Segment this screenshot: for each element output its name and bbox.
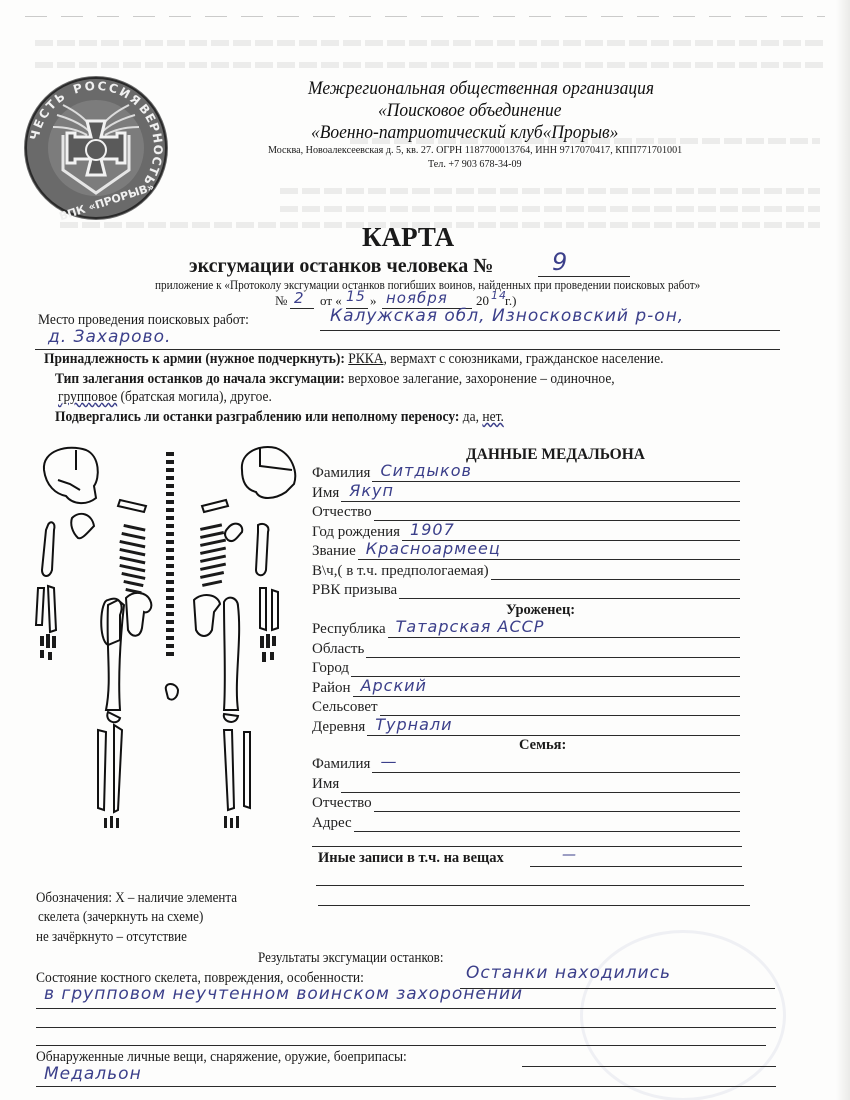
protocol-ref: № bbox=[275, 293, 287, 309]
field-label: Область bbox=[312, 641, 364, 658]
other-records-line[interactable] bbox=[530, 866, 742, 867]
scan-edge-shadow bbox=[836, 0, 850, 1100]
condition-value-2: в групповом неучтенном воинском захороне… bbox=[44, 984, 523, 1004]
bleed-through-text bbox=[35, 40, 825, 46]
search-place-value-1: Калужская обл, Износковский р-он, bbox=[330, 306, 684, 326]
skeleton-diagram-icon[interactable] bbox=[28, 440, 308, 830]
org-name-line3: «Военно-патриотический клуб«Прорыв» bbox=[311, 122, 618, 144]
field-value: — bbox=[380, 752, 397, 771]
burial-option-group[interactable]: групповое bbox=[58, 389, 117, 405]
cross-medal-emblem-icon: ЧЕСТЬ РОССИЯ ВЕРНОСТЬ ВПК «ПРОРЫВ» bbox=[23, 75, 169, 221]
field-label: РВК призыва bbox=[312, 582, 397, 599]
page-edge-marks bbox=[25, 16, 825, 17]
field-label: Звание bbox=[312, 543, 356, 560]
field-label: Город bbox=[312, 660, 349, 677]
field-label: Район bbox=[312, 680, 351, 697]
field-label: Сельсовет bbox=[312, 699, 378, 716]
field-value: 1907 bbox=[410, 520, 455, 539]
looted-label: Подвергались ли останки разграблению или… bbox=[55, 409, 459, 425]
protocol-number: 2 bbox=[294, 289, 305, 307]
field-input-line[interactable] bbox=[491, 579, 740, 580]
legend-line-1: Обозначения: Х – наличие элемента bbox=[36, 890, 237, 907]
field-value: Турнали bbox=[375, 715, 452, 734]
field-label: Адрес bbox=[312, 815, 352, 832]
field-input-line[interactable] bbox=[366, 657, 740, 658]
looted-row: Подвергались ли останки разграблению или… bbox=[55, 409, 504, 426]
field-input-line[interactable] bbox=[341, 501, 740, 502]
protocol-no-line bbox=[290, 308, 314, 309]
field-input-line[interactable] bbox=[372, 481, 740, 482]
army-label: Принадлежность к армии (нужное подчеркну… bbox=[44, 351, 345, 367]
burial-options-line2[interactable]: (братская могила), другое. bbox=[121, 389, 272, 405]
results-heading: Результаты эксгумации останков: bbox=[258, 950, 443, 967]
other-records-value: — bbox=[562, 847, 577, 863]
field-label: Фамилия bbox=[312, 756, 370, 773]
bleed-through-text bbox=[35, 62, 825, 68]
org-name-line1: Межрегиональная общественная организация bbox=[308, 78, 654, 100]
condition-line-4[interactable] bbox=[36, 1045, 766, 1046]
field-input-line[interactable] bbox=[358, 559, 740, 560]
medallion-heading: ДАННЫЕ МЕДАЛЬОНА bbox=[466, 446, 645, 464]
subtitle-text: эксгумации останков человека № bbox=[189, 255, 493, 277]
document-subtitle: эксгумации останков человека № bbox=[189, 255, 493, 278]
org-name-line2: «Поисковое объединение bbox=[378, 100, 562, 122]
bleed-through-text bbox=[280, 206, 820, 212]
field-label: В\ч,( в т.ч. предпологаемая) bbox=[312, 563, 489, 580]
field-label: Отчество bbox=[312, 795, 372, 812]
army-row: Принадлежность к армии (нужное подчеркну… bbox=[44, 351, 663, 368]
search-place-line-1 bbox=[320, 330, 780, 331]
field-value: Красноармеец bbox=[366, 539, 501, 558]
items-line-1[interactable] bbox=[522, 1066, 776, 1067]
condition-value-1: Останки находились bbox=[466, 963, 671, 983]
field-value: Татарская АССР bbox=[396, 617, 545, 636]
burial-label: Тип залегания останков до начала эксгума… bbox=[55, 371, 345, 387]
items-line-2[interactable] bbox=[36, 1086, 776, 1087]
legend-line-3: не зачёркнуто – отсутствие bbox=[36, 929, 187, 946]
family-heading: Семья: bbox=[519, 737, 566, 754]
army-option-wehrmacht[interactable]: вермахт с союзниками bbox=[390, 351, 519, 367]
other-records-label: Иные записи в т.ч. на вещах bbox=[318, 850, 504, 867]
bleed-through-text bbox=[280, 188, 820, 194]
condition-line-2[interactable] bbox=[36, 1008, 776, 1009]
protocol-day: 15 bbox=[346, 289, 366, 305]
burial-options-line1[interactable]: верховое залегание, захоронение – одиноч… bbox=[348, 371, 615, 387]
field-value: Ситдыков bbox=[380, 461, 471, 480]
field-input-line[interactable] bbox=[399, 598, 740, 599]
org-phone: Тел. +7 903 678-34-09 bbox=[428, 158, 522, 170]
field-label: Отчество bbox=[312, 504, 372, 521]
field-label: Фамилия bbox=[312, 465, 370, 482]
protocol-month: ноября bbox=[386, 289, 448, 307]
army-option-rkka[interactable]: РККА bbox=[348, 351, 383, 367]
field-label: Республика bbox=[312, 621, 386, 638]
field-label: Имя bbox=[312, 485, 339, 502]
field-input-line[interactable] bbox=[367, 735, 740, 736]
other-records-line-3[interactable] bbox=[318, 905, 750, 906]
field-input-line[interactable] bbox=[374, 811, 740, 812]
field-input-line[interactable] bbox=[388, 637, 740, 638]
field-label: Год рождения bbox=[312, 524, 400, 541]
card-number-value: 9 bbox=[552, 248, 568, 276]
faint-stamp bbox=[580, 930, 786, 1100]
field-label: Деревня bbox=[312, 719, 365, 736]
address-extra-line bbox=[312, 846, 742, 847]
field-value: Якуп bbox=[349, 481, 394, 500]
army-option-civilian[interactable]: гражданское население. bbox=[526, 351, 664, 367]
card-number-line bbox=[538, 276, 630, 277]
burial-row: Тип залегания останков до начала эксгума… bbox=[55, 371, 615, 388]
document-title: КАРТА bbox=[362, 222, 454, 253]
condition-line-3[interactable] bbox=[36, 1027, 776, 1028]
looted-option-no[interactable]: нет. bbox=[482, 409, 503, 425]
field-input-line[interactable] bbox=[372, 772, 740, 773]
other-records-line-2[interactable] bbox=[316, 885, 744, 886]
items-value: Медальон bbox=[44, 1064, 142, 1084]
field-value: Арский bbox=[361, 676, 427, 695]
burial-row-2: групповое (братская могила), другое. bbox=[58, 389, 272, 406]
org-address: Москва, Новоалексеевская д. 5, кв. 27. О… bbox=[268, 144, 682, 156]
search-place-line-2 bbox=[35, 349, 780, 350]
looted-option-yes[interactable]: да, bbox=[463, 409, 479, 425]
field-input-line[interactable] bbox=[353, 696, 740, 697]
legend-line-2: скелета (зачеркнуть на схеме) bbox=[38, 909, 203, 926]
field-input-line[interactable] bbox=[354, 831, 740, 832]
field-input-line[interactable] bbox=[341, 792, 740, 793]
field-label: Имя bbox=[312, 776, 339, 793]
search-place-value-2: д. Захарово. bbox=[48, 327, 171, 347]
